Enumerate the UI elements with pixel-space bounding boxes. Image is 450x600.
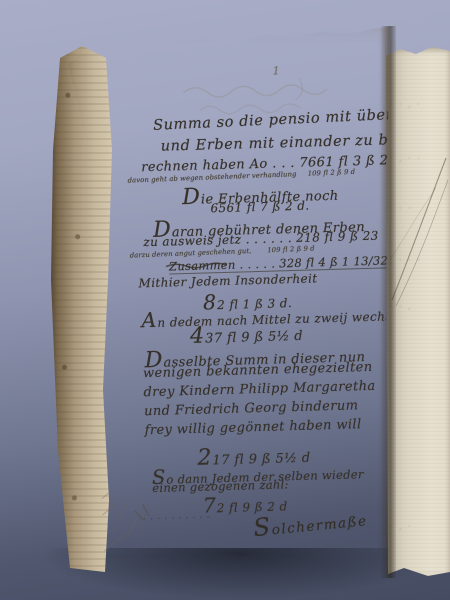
- manuscript-line: und Erben mit einander zu be,: [160, 132, 402, 155]
- manuscript-line: frey willig gegönnet haben will: [144, 417, 361, 438]
- photo-backdrop: · · ‚ · · ‚ · · · · · ‚ · · · · · ‚ · ‚ …: [0, 0, 450, 600]
- left-page: 1 Summa so die pensio mit über und Erben…: [55, 24, 390, 574]
- manuscript-line: und Friedrich Georg binderum: [144, 398, 359, 419]
- manuscript-line: drey Kindern Philipp Margaretha: [143, 379, 375, 400]
